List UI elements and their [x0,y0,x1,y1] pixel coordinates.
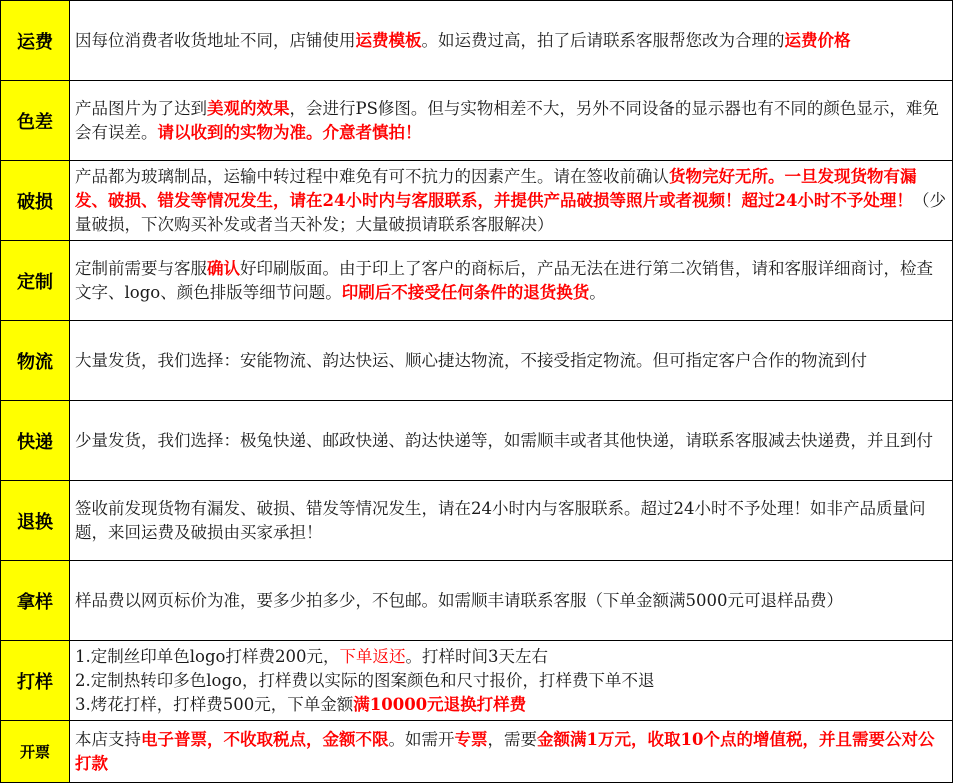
text-segment: 本店支持 [75,730,141,749]
row-content: 因每位消费者收货地址不同，店铺使用运费模板。如运费过高，拍了后请联系客服帮您改为… [70,1,953,81]
text-segment: 产品图片为了达到 [75,99,207,118]
text-segment: 样品费以网页标价为准，要多少拍多少，不包邮。如需顺丰请联系客服（下单金额满500… [75,591,843,610]
highlight-segment: 确认 [207,259,240,278]
policy-row-invoice: 开票 本店支持电子普票，不收取税点，金额不限。如需开专票，需要金额满1万元，收取… [1,721,953,783]
row-content: 样品费以网页标价为准，要多少拍多少，不包邮。如需顺丰请联系客服（下单金额满500… [70,561,953,641]
policy-row-color-difference: 色差 产品图片为了达到美观的效果，会进行PS修图。但与实物相差不大，另外不同设备… [1,81,953,161]
text-segment: 3.烤花打样，打样费500元，下单金额 [75,695,353,714]
row-label: 运费 [1,1,70,81]
text-segment: 大量发货，我们选择：安能物流、韵达快运、顺心捷达物流，不接受指定物流。但可指定客… [75,351,867,370]
row-content: 少量发货，我们选择：极兔快递、邮政快递、韵达快递等，如需顺丰或者其他快递，请联系… [70,401,953,481]
text-segment: 因每位消费者收货地址不同，店铺使用 [75,31,356,50]
policy-row-shipping-fee: 运费 因每位消费者收货地址不同，店铺使用运费模板。如运费过高，拍了后请联系客服帮… [1,1,953,81]
text-segment: 1.定制丝印单色logo打样费200元， [75,647,339,666]
highlight-segment: 电子普票，不收取税点，金额不限 [141,730,389,749]
highlight-segment: 下单返还 [339,647,405,666]
row-content: 产品图片为了达到美观的效果，会进行PS修图。但与实物相差不大，另外不同设备的显示… [70,81,953,161]
policy-table-body: 运费 因每位消费者收货地址不同，店铺使用运费模板。如运费过高，拍了后请联系客服帮… [1,1,953,783]
policy-row-proofing: 打样 1.定制丝印单色logo打样费200元，下单返还。打样时间3天左右2.定制… [1,641,953,721]
row-label: 拿样 [1,561,70,641]
highlight-segment: 运费价格 [785,31,851,50]
row-label: 物流 [1,321,70,401]
policy-row-damage: 破损 产品都为玻璃制品，运输中转过程中难免有可不抗力的因素产生。请在签收前确认货… [1,161,953,241]
policy-row-customization: 定制 定制前需要与客服确认好印刷版面。由于印上了客户的商标后，产品无法在进行第二… [1,241,953,321]
row-label: 开票 [1,721,70,783]
text-segment: 。如运费过高，拍了后请联系客服帮您改为合理的 [422,31,785,50]
row-label: 打样 [1,641,70,721]
row-label: 快递 [1,401,70,481]
content-line: 1.定制丝印单色logo打样费200元，下单返还。打样时间3天左右 [75,645,948,669]
row-content: 产品都为玻璃制品，运输中转过程中难免有可不抗力的因素产生。请在签收前确认货物完好… [70,161,953,241]
content-line: 3.烤花打样，打样费500元，下单金额满10000元退换打样费 [75,693,948,717]
highlight-segment: 美观的效果 [207,99,290,118]
policy-row-express: 快递 少量发货，我们选择：极兔快递、邮政快递、韵达快递等，如需顺丰或者其他快递，… [1,401,953,481]
text-segment: 产品都为玻璃制品，运输中转过程中难免有可不抗力的因素产生。请在签收前确认 [75,167,669,186]
text-segment: 定制前需要与客服 [75,259,207,278]
row-content: 定制前需要与客服确认好印刷版面。由于印上了客户的商标后，产品无法在进行第二次销售… [70,241,953,321]
text-segment: 少量发货，我们选择：极兔快递、邮政快递、韵达快递等，如需顺丰或者其他快递，请联系… [75,431,933,450]
policy-row-samples: 拿样 样品费以网页标价为准，要多少拍多少，不包邮。如需顺丰请联系客服（下单金额满… [1,561,953,641]
text-segment: 。 [589,283,606,302]
text-segment: 。如需开 [389,730,455,749]
content-line: 2.定制热转印多色logo，打样费以实际的图案颜色和尺寸报价，打样费下单不退 [75,669,948,693]
row-content: 本店支持电子普票，不收取税点，金额不限。如需开专票，需要金额满1万元，收取10个… [70,721,953,783]
text-segment: 签收前发现货物有漏发、破损、错发等情况发生，请在24小时内与客服联系。超过24小… [75,499,926,542]
highlight-segment: 请以收到的实物为准。介意者慎拍！ [158,123,422,142]
store-policy-table: 运费 因每位消费者收货地址不同，店铺使用运费模板。如运费过高，拍了后请联系客服帮… [0,0,953,782]
highlight-segment: 印刷后不接受任何条件的退货换货 [342,283,590,302]
row-label: 破损 [1,161,70,241]
text-segment: ，需要 [488,730,538,749]
row-content: 签收前发现货物有漏发、破损、错发等情况发生，请在24小时内与客服联系。超过24小… [70,481,953,561]
highlight-segment: 满10000元退换打样费 [353,695,526,714]
row-label: 色差 [1,81,70,161]
row-content: 1.定制丝印单色logo打样费200元，下单返还。打样时间3天左右2.定制热转印… [70,641,953,721]
highlight-segment: 运费模板 [356,31,422,50]
text-segment: 2.定制热转印多色logo，打样费以实际的图案颜色和尺寸报价，打样费下单不退 [75,671,654,690]
policy-row-returns: 退换 签收前发现货物有漏发、破损、错发等情况发生，请在24小时内与客服联系。超过… [1,481,953,561]
row-content: 大量发货，我们选择：安能物流、韵达快运、顺心捷达物流，不接受指定物流。但可指定客… [70,321,953,401]
text-segment: 。打样时间3天左右 [405,647,548,666]
highlight-segment: 专票 [455,730,488,749]
row-label: 定制 [1,241,70,321]
policy-row-logistics: 物流 大量发货，我们选择：安能物流、韵达快运、顺心捷达物流，不接受指定物流。但可… [1,321,953,401]
row-label: 退换 [1,481,70,561]
